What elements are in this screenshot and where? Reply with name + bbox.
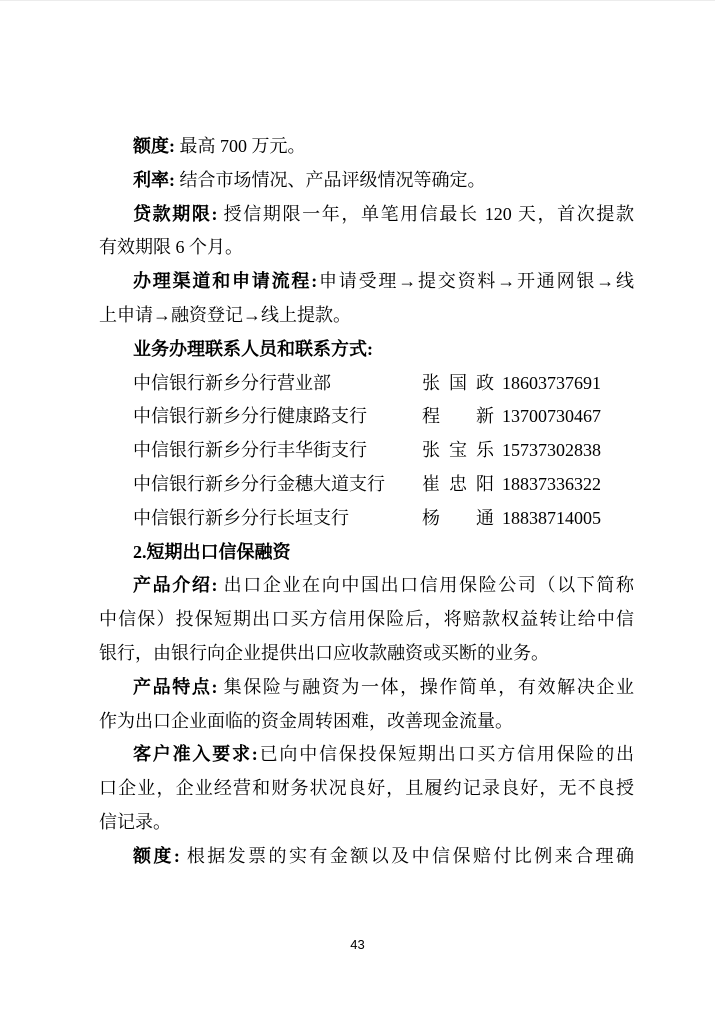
text-segment: 申请受理→提交资料→开通网银→线 xyxy=(317,271,634,291)
text-segment: 已向中信保投保短期出口买方信用保险的出 xyxy=(258,744,634,764)
doc-text-line: 办理渠道和申请流程:申请受理→提交资料→开通网银→线 xyxy=(99,265,634,299)
text-segment: 集保险与融资为一体，操作简单，有效解决企业 xyxy=(217,677,634,697)
doc-text-line: 额度: 最高 700 万元。 xyxy=(99,130,634,164)
text-segment: 信记录。 xyxy=(99,812,171,832)
contact-person-name-char: 张 xyxy=(422,367,440,401)
doc-text-line: 口企业，企业经营和财务状况良好，且履约记录良好，无不良授 xyxy=(99,772,634,806)
doc-text-line: 产品特点: 集保险与融资为一体，操作简单，有效解决企业 xyxy=(99,671,634,705)
doc-text-line: 额度: 根据发票的实有金额以及中信保赔付比例来合理确 xyxy=(99,840,634,874)
contact-person-name-char: 乐 xyxy=(476,434,494,468)
doc-text-line: 2.短期出口信保融资 xyxy=(99,536,634,570)
doc-text-line: 贷款期限: 授信期限一年，单笔用信最长 120 天，首次提款 xyxy=(99,198,634,232)
contact-person-name-char: 宝 xyxy=(449,434,467,468)
bold-label: 贷款期限: xyxy=(133,204,217,224)
contact-row: 中信银行新乡分行长垣支行杨通18838714005 xyxy=(99,502,634,536)
contact-row: 中信银行新乡分行金穗大道支行崔忠阳18837336322 xyxy=(99,468,634,502)
contact-person-name-char: 杨 xyxy=(422,502,440,536)
contact-person-name: 杨通 xyxy=(422,502,494,536)
page-number: 43 xyxy=(0,937,715,952)
bold-label: 2.短期出口信保融资 xyxy=(133,542,291,562)
contact-person-name: 张宝乐 xyxy=(422,434,494,468)
contact-phone: 13700730467 xyxy=(502,400,601,434)
contact-phone: 18603737691 xyxy=(502,367,601,401)
bold-label: 额度: xyxy=(133,136,175,156)
contact-branch: 中信银行新乡分行健康路支行 xyxy=(133,400,422,434)
contact-person-name: 程新 xyxy=(422,400,494,434)
text-segment: 结合市场情况、产品评级情况等确定。 xyxy=(175,170,486,190)
bold-label: 利率: xyxy=(133,170,175,190)
contact-person-name-char: 张 xyxy=(422,434,440,468)
doc-text-line: 上申请→融资登记→线上提款。 xyxy=(99,299,634,333)
contact-person-name-char: 崔 xyxy=(422,468,440,502)
doc-text-line: 业务办理联系人员和联系方式: xyxy=(99,333,634,367)
contact-phone: 15737302838 xyxy=(502,434,601,468)
text-segment: 出口企业在向中国出口信用保险公司（以下简称 xyxy=(217,575,634,595)
doc-text-line: 有效期限 6 个月。 xyxy=(99,231,634,265)
text-segment: 银行，由银行向企业提供出口应收款融资或买断的业务。 xyxy=(99,643,549,663)
contact-person-name-char: 通 xyxy=(476,502,494,536)
bold-label: 客户准入要求: xyxy=(133,744,258,764)
contact-person-name: 崔忠阳 xyxy=(422,468,494,502)
contact-branch: 中信银行新乡分行营业部 xyxy=(133,367,422,401)
text-segment: 口企业，企业经营和财务状况良好，且履约记录良好，无不良授 xyxy=(99,778,634,798)
doc-text-line: 产品介绍: 出口企业在向中国出口信用保险公司（以下简称 xyxy=(99,569,634,603)
bold-label: 业务办理联系人员和联系方式: xyxy=(133,339,373,359)
text-segment: 根据发票的实有金额以及中信保赔付比例来合理确 xyxy=(180,846,634,866)
text-segment: 授信期限一年，单笔用信最长 120 天，首次提款 xyxy=(217,204,634,224)
contact-phone: 18838714005 xyxy=(502,502,601,536)
doc-text-line: 中信保）投保短期出口买方信用保险后，将赔款权益转让给中信 xyxy=(99,603,634,637)
doc-text-line: 作为出口企业面临的资金周转困难，改善现金流量。 xyxy=(99,705,634,739)
doc-text-line: 客户准入要求:已向中信保投保短期出口买方信用保险的出 xyxy=(99,738,634,772)
contact-branch: 中信银行新乡分行丰华街支行 xyxy=(133,434,422,468)
document-body: 额度: 最高 700 万元。利率: 结合市场情况、产品评级情况等确定。贷款期限:… xyxy=(99,130,634,874)
text-segment: 有效期限 6 个月。 xyxy=(99,237,243,257)
contact-row: 中信银行新乡分行营业部张国政18603737691 xyxy=(99,367,634,401)
text-segment: 最高 700 万元。 xyxy=(175,136,306,156)
contact-person-name-char: 政 xyxy=(476,367,494,401)
text-segment: 中信保）投保短期出口买方信用保险后，将赔款权益转让给中信 xyxy=(99,609,634,629)
bold-label: 额度: xyxy=(133,846,180,866)
contact-branch: 中信银行新乡分行长垣支行 xyxy=(133,502,422,536)
bold-label: 办理渠道和申请流程: xyxy=(133,271,317,291)
contact-person-name-char: 忠 xyxy=(449,468,467,502)
contact-row: 中信银行新乡分行丰华街支行张宝乐15737302838 xyxy=(99,434,634,468)
bold-label: 产品特点: xyxy=(133,677,217,697)
doc-text-line: 信记录。 xyxy=(99,806,634,840)
bold-label: 产品介绍: xyxy=(133,575,217,595)
text-segment: 上申请→融资登记→线上提款。 xyxy=(99,305,351,325)
contact-row: 中信银行新乡分行健康路支行程新13700730467 xyxy=(99,400,634,434)
document-page: { "page": { "number": "43", "background"… xyxy=(0,0,715,1011)
contact-branch: 中信银行新乡分行金穗大道支行 xyxy=(133,468,422,502)
contact-person-name-char: 程 xyxy=(422,400,440,434)
contact-phone: 18837336322 xyxy=(502,468,601,502)
doc-text-line: 银行，由银行向企业提供出口应收款融资或买断的业务。 xyxy=(99,637,634,671)
contact-person-name-char: 新 xyxy=(476,400,494,434)
doc-text-line: 利率: 结合市场情况、产品评级情况等确定。 xyxy=(99,164,634,198)
contact-person-name: 张国政 xyxy=(422,367,494,401)
contact-person-name-char: 阳 xyxy=(476,468,494,502)
text-segment: 作为出口企业面临的资金周转困难，改善现金流量。 xyxy=(99,711,513,731)
contact-person-name-char: 国 xyxy=(449,367,467,401)
